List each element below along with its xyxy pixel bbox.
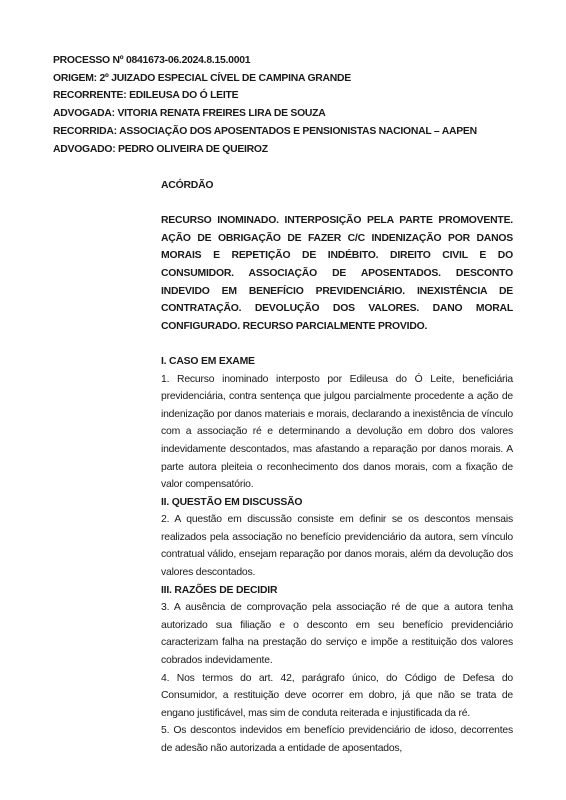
section-heading: III. RAZÕES DE DECIDIR [161, 582, 513, 600]
section-case-under-review: I. CASO EM EXAME 1. Recurso inominado in… [161, 353, 513, 494]
document-body: ACÓRDÃO RECURSO INOMINADO. INTERPOSIÇÃO … [161, 177, 513, 758]
appellee-lawyer: ADVOGADO: PEDRO OLIVEIRA DE QUEIROZ [53, 141, 533, 159]
paragraph: 3. A ausência de comprovação pela associ… [161, 599, 513, 669]
origin: ORIGEM: 2º JUIZADO ESPECIAL CÍVEL DE CAM… [53, 70, 533, 88]
document-page: PROCESSO Nº 0841673-06.2024.8.15.0001 OR… [0, 0, 566, 800]
appellant-lawyer: ADVOGADA: VITORIA RENATA FREIRES LIRA DE… [53, 105, 533, 123]
case-header: PROCESSO Nº 0841673-06.2024.8.15.0001 OR… [53, 52, 533, 158]
section-reasons-for-decision: III. RAZÕES DE DECIDIR 3. A ausência de … [161, 582, 513, 758]
appellant: RECORRENTE: EDILEUSA DO Ó LEITE [53, 87, 533, 105]
document-title: ACÓRDÃO [161, 177, 513, 195]
process-number: PROCESSO Nº 0841673-06.2024.8.15.0001 [53, 52, 533, 70]
paragraph: 2. A questão em discussão consiste em de… [161, 511, 513, 581]
paragraph: 4. Nos termos do art. 42, parágrafo únic… [161, 670, 513, 723]
section-question-in-discussion: II. QUESTÃO EM DISCUSSÃO 2. A questão em… [161, 494, 513, 582]
section-heading: II. QUESTÃO EM DISCUSSÃO [161, 494, 513, 512]
paragraph: 1. Recurso inominado interposto por Edil… [161, 371, 513, 494]
ementa-summary: RECURSO INOMINADO. INTERPOSIÇÃO PELA PAR… [161, 212, 513, 335]
section-heading: I. CASO EM EXAME [161, 353, 513, 371]
appellee: RECORRIDA: ASSOCIAÇÃO DOS APOSENTADOS E … [53, 123, 533, 141]
paragraph: 5. Os descontos indevidos em benefício p… [161, 722, 513, 757]
